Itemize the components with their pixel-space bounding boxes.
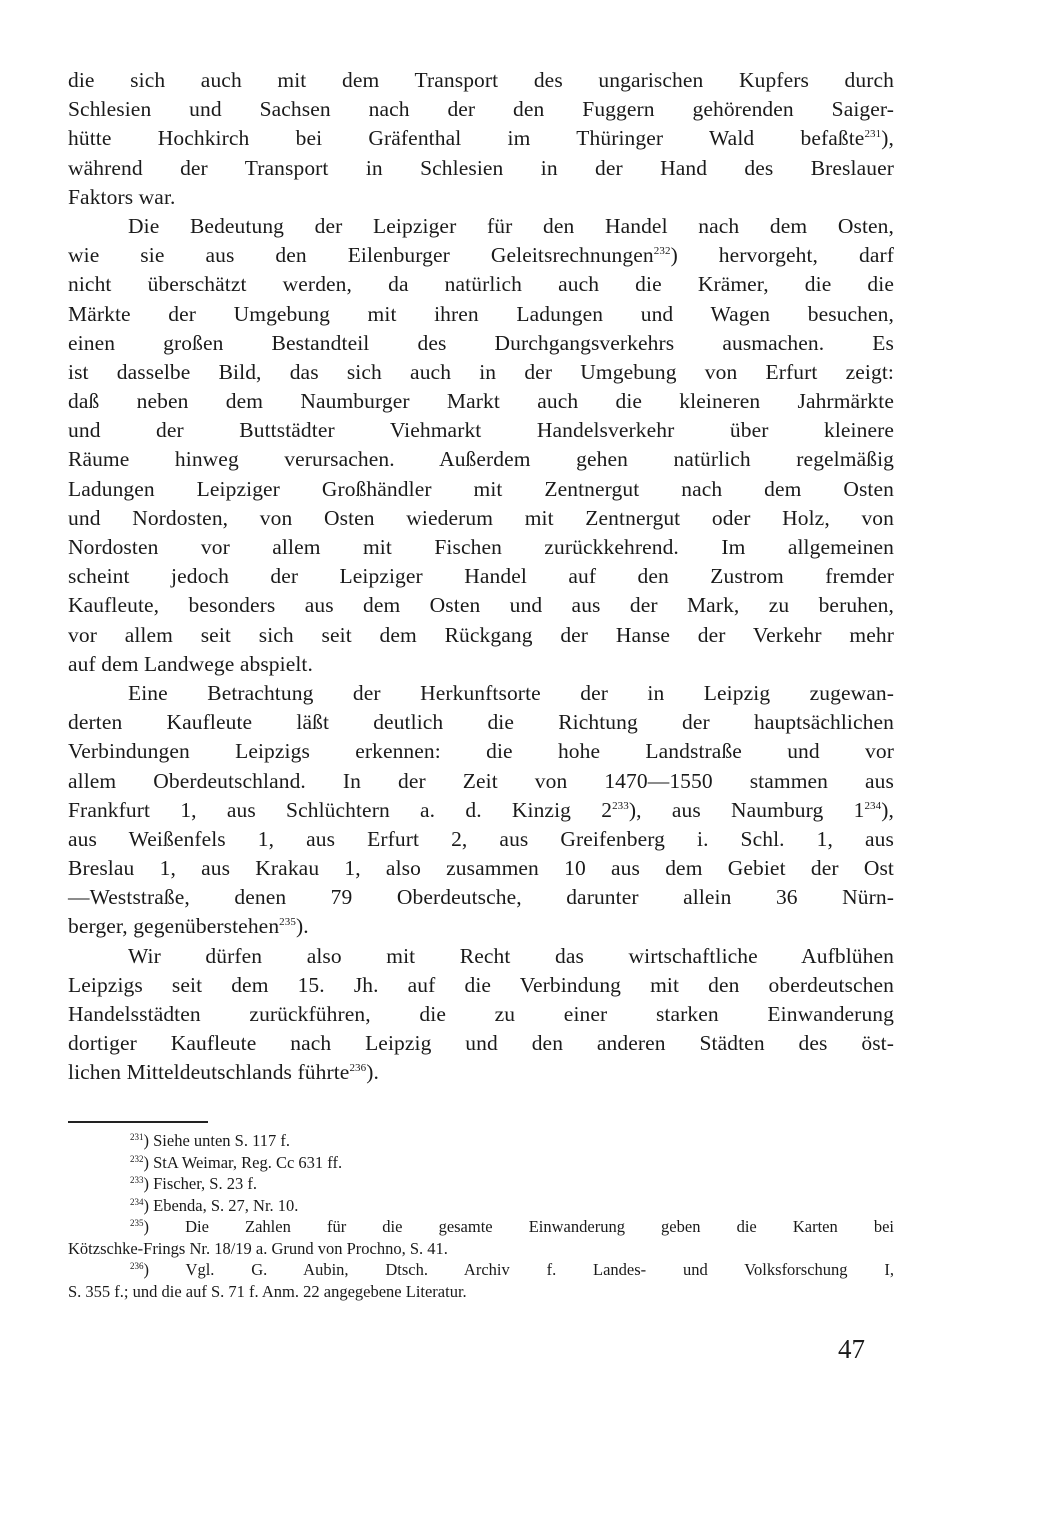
footnotes: 231) Siehe unten S. 117 f. 232) StA Weim… [68,1130,894,1302]
text-line: Ladungen Leipziger Großhändler mit Zentn… [68,475,894,504]
text-line: Märkte der Umgebung mit ihren Ladungen u… [68,300,894,329]
text-line: und der Buttstädter Viehmarkt Handelsver… [68,416,894,445]
body-text: die sich auch mit dem Transport des unga… [68,66,894,1088]
text-line: lichen Mitteldeutschlands führte236). [68,1058,894,1087]
text-line: Breslau 1, aus Krakau 1, also zusammen 1… [68,854,894,883]
footnote: 233) Fischer, S. 23 f. [68,1173,894,1195]
footnote-ref: 235 [279,916,296,928]
text-line: daß neben dem Naumburger Markt auch die … [68,387,894,416]
text-line: scheint jedoch der Leipziger Handel auf … [68,562,894,591]
text-line: berger, gegenüberstehen235). [68,912,894,941]
text-line: Räume hinweg verursachen. Außerdem gehen… [68,445,894,474]
footnote: 235) Die Zahlen für die gesamte Einwande… [68,1216,894,1238]
footnote-divider [68,1121,208,1123]
text-line: Frankfurt 1, aus Schlüchtern a. d. Kinzi… [68,796,894,825]
footnote: 236) Vgl. G. Aubin, Dtsch. Archiv f. Lan… [68,1259,894,1281]
text-line: dortiger Kaufleute nach Leipzig und den … [68,1029,894,1058]
text-line: und Nordosten, von Osten wiederum mit Ze… [68,504,894,533]
footnote-ref: 232 [654,245,671,257]
book-page: die sich auch mit dem Transport des unga… [0,0,1063,1535]
footnote: 234) Ebenda, S. 27, Nr. 10. [68,1195,894,1217]
footnote: 232) StA Weimar, Reg. Cc 631 ff. [68,1152,894,1174]
text-line: nicht überschätzt werden, da natürlich a… [68,270,894,299]
text-line: hütte Hochkirch bei Gräfenthal im Thürin… [68,124,894,153]
paragraph-start: Wir dürfen also mit Recht das wirtschaft… [68,942,894,971]
footnote-ref: 233 [612,800,629,812]
footnote-continuation: Kötzschke-Frings Nr. 18/19 a. Grund von … [68,1238,894,1260]
text-line: allem Oberdeutschland. In der Zeit von 1… [68,767,894,796]
page-number: 47 [838,1334,865,1365]
text-line: Leipzigs seit dem 15. Jh. auf die Verbin… [68,971,894,1000]
text-line: derten Kaufleute läßt deutlich die Richt… [68,708,894,737]
text-line: Nordosten vor allem mit Fischen zurückke… [68,533,894,562]
footnote-ref: 231 [864,128,881,140]
text-line: einen großen Bestandteil des Durchgangsv… [68,329,894,358]
text-line: auf dem Landwege abspielt. [68,650,894,679]
text-line: ist dasselbe Bild, das sich auch in der … [68,358,894,387]
text-line: wie sie aus den Eilenburger Geleitsrechn… [68,241,894,270]
footnote-ref: 234 [864,800,881,812]
text-line: die sich auch mit dem Transport des unga… [68,66,894,95]
text-line: aus Weißenfels 1, aus Erfurt 2, aus Grei… [68,825,894,854]
footnote-ref: 236 [349,1062,366,1074]
footnote: 231) Siehe unten S. 117 f. [68,1130,894,1152]
text-line: Kaufleute, besonders aus dem Osten und a… [68,591,894,620]
text-line: Handelsstädten zurückführen, die zu eine… [68,1000,894,1029]
paragraph-start: Die Bedeutung der Leipziger für den Hand… [68,212,894,241]
text-line: Verbindungen Leipzigs erkennen: die hohe… [68,737,894,766]
text-line: vor allem seit sich seit dem Rückgang de… [68,621,894,650]
text-line: Schlesien und Sachsen nach der den Fugge… [68,95,894,124]
text-line: —Weststraße, denen 79 Oberdeutsche, daru… [68,883,894,912]
paragraph-start: Eine Betrachtung der Herkunftsorte der i… [68,679,894,708]
text-line: Faktors war. [68,183,894,212]
footnote-continuation: S. 355 f.; und die auf S. 71 f. Anm. 22 … [68,1281,894,1303]
text-line: während der Transport in Schlesien in de… [68,154,894,183]
